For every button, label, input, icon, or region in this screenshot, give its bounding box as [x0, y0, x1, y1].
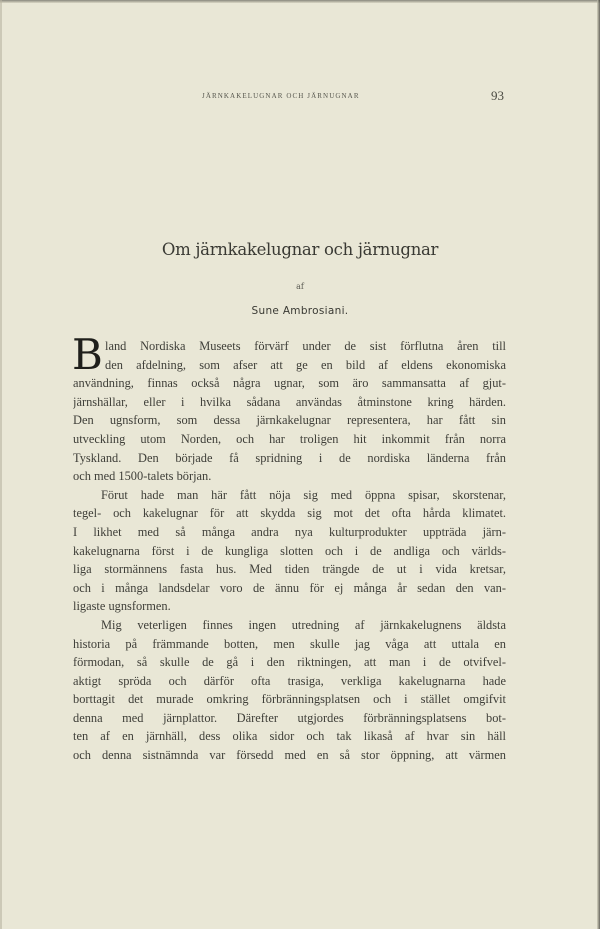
article-title: Om järnkakelugnar och järnugnar [0, 240, 600, 259]
text-line: och med 1500-talets början. [73, 467, 506, 486]
text-line: Tyskland. Den började få spridning i de … [73, 449, 506, 468]
text-line: borttagit det murade omkring förbränning… [73, 690, 506, 709]
paragraph-3: Mig veterligen finnes ingen utredning af… [73, 616, 506, 765]
text-line: järnshällar, eller i hvilka sådana använ… [73, 393, 506, 412]
byline-prefix: af [0, 282, 600, 291]
text-line: den afdelning, som afser att ge en bild … [73, 356, 506, 375]
body-text: B land Nordiska Museets förvärf under de… [73, 337, 506, 765]
text-line: användning, finnas också några ugnar, so… [73, 374, 506, 393]
text-line: förmodan, så skulle de gå i den riktning… [73, 653, 506, 672]
text-line: denna med järnplattor. Därefter utgjorde… [73, 709, 506, 728]
scan-edge-left [0, 0, 2, 929]
text-line: Förut hade man här fått nöja sig med öpp… [73, 486, 506, 505]
text-line: land Nordiska Museets förvärf under de s… [73, 337, 506, 356]
running-head: JÄRNKAKELUGNAR OCH JÄRNUGNAR [202, 92, 360, 100]
text-line: utveckling utom Norden, och har troligen… [73, 430, 506, 449]
text-line: liga stormännens fasta hus. Med tiden tr… [73, 560, 506, 579]
text-line: Den ugnsform, som dessa järnkakelugnar r… [73, 411, 506, 430]
paragraph-1: land Nordiska Museets förvärf under de s… [73, 337, 506, 486]
paragraph-2: Förut hade man här fått nöja sig med öpp… [73, 486, 506, 616]
text-line: ligaste ugnsformen. [73, 597, 506, 616]
article-author: Sune Ambrosiani. [0, 305, 600, 317]
text-line: ten af en järnhäll, dess olika sidor och… [73, 727, 506, 746]
text-line: och denna sistnämnda var försedd med en … [73, 746, 506, 765]
text-line: Mig veterligen finnes ingen utredning af… [73, 616, 506, 635]
text-line: kakelugnarna först i de kungliga slotten… [73, 542, 506, 561]
text-line: och i många landsdelar voro de ännu för … [73, 579, 506, 598]
text-line: aktigt spröda och därför ofta trasiga, v… [73, 672, 506, 691]
text-line: tegel- och kakelugnar för att skydda sig… [73, 504, 506, 523]
text-line: I likhet med så många andra nya kulturpr… [73, 523, 506, 542]
drop-cap: B [72, 334, 103, 376]
page-number: 93 [491, 88, 504, 104]
scan-edge-top [0, 0, 600, 3]
text-line: historia på främmande botten, men skulle… [73, 635, 506, 654]
